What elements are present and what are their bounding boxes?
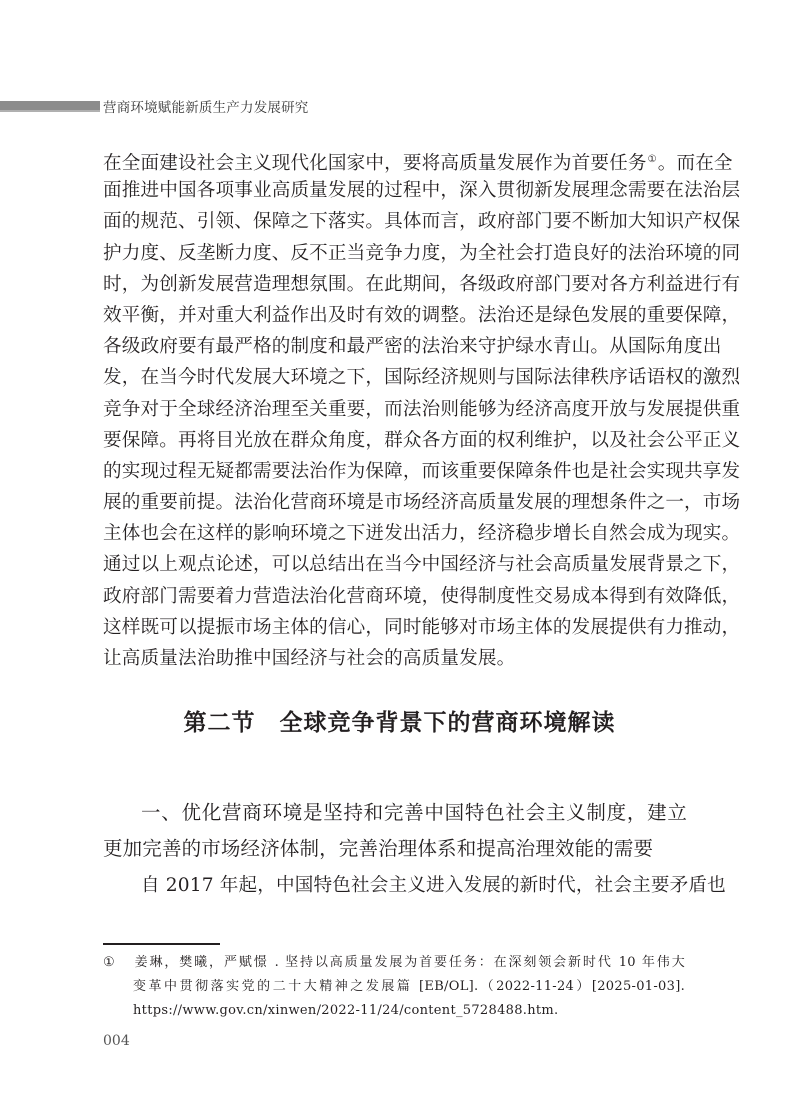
text-line: 面的规范、引领、保障之下落实。具体而言，政府部门要不断加大知识产权保	[103, 206, 687, 237]
text-line: 通过以上观点论述，可以总结出在当今中国经济与社会高质量发展背景之下，	[103, 549, 687, 580]
text-line: 发，在当今时代发展大环境之下，国际经济规则与国际法律秩序话语权的激烈	[103, 362, 687, 393]
heading-line: 更加完善的市场经济体制，完善治理体系和提高治理效能的需要	[103, 831, 687, 867]
book-title: 营商环境赋能新质生产力发展研究	[103, 96, 309, 116]
text-line: 自 2017 年起，中国特色社会主义进入发展的新时代，社会主要矛盾也	[103, 870, 687, 901]
footnote-mark: ①	[103, 951, 133, 975]
subsection-heading: 一、优化营商环境是坚持和完善中国特色社会主义制度，建立 更加完善的市场经济体制，…	[103, 795, 687, 867]
text-line: 要保障。再将目光放在群众角度，群众各方面的权利维护，以及社会公平正义	[103, 425, 687, 456]
footnote-reference[interactable]: ①	[648, 154, 657, 165]
footnote-line: 变革中贯彻落实党的二十大精神之发展篇 [EB/OL].（2022-11-24）[…	[103, 975, 685, 999]
text-line: 效平衡，并对重大利益作出及时有效的调整。法治还是绿色发展的重要保障，	[103, 300, 687, 331]
text-line: 让高质量法治助推中国经济与社会的高质量发展。	[103, 643, 687, 674]
text-line: 主体也会在这样的影响环境之下迸发出活力，经济稳步增长自然会成为现实。	[103, 518, 687, 549]
paragraph-1: 在全面建设社会主义现代化国家中，要将高质量发展作为首要任务①。而在全 面推进中国…	[103, 144, 687, 674]
text-line: 在全面建设社会主义现代化国家中，要将高质量发展作为首要任务①。而在全	[103, 144, 687, 175]
paragraph-2: 自 2017 年起，中国特色社会主义进入发展的新时代，社会主要矛盾也	[103, 870, 687, 901]
running-head: 营商环境赋能新质生产力发展研究	[0, 96, 400, 116]
text-segment: 在全面建设社会主义现代化国家中，要将高质量发展作为首要任务	[103, 153, 647, 174]
header-bar-underline	[0, 110, 100, 112]
section-heading: 第二节 全球竞争背景下的营商环境解读	[0, 704, 799, 737]
text-line: 展的重要前提。法治化营商环境是市场经济高质量发展的理想条件之一，市场	[103, 487, 687, 518]
header-bar-decoration	[0, 101, 100, 110]
text-line: 这样既可以提振市场主体的信心，同时能够对市场主体的发展提供有力推动，	[103, 612, 687, 643]
text-line: 的实现过程无疑都需要法治作为保障，而该重要保障条件也是社会实现共享发	[103, 456, 687, 487]
text-line: 面推进中国各项事业高质量发展的过程中，深入贯彻新发展理念需要在法治层	[103, 175, 687, 206]
text-line: 各级政府要有最严格的制度和最严密的法治来守护绿水青山。从国际角度出	[103, 331, 687, 362]
text-line: 政府部门需要着力营造法治化营商环境，使得制度性交易成本得到有效降低，	[103, 581, 687, 612]
footnote-divider	[103, 943, 220, 945]
page-number: 004	[103, 1033, 130, 1049]
text-line: 时，为创新发展营造理想氛围。在此期间，各级政府部门要对各方利益进行有	[103, 269, 687, 300]
footnote-line: ①姜琳，樊曦，严赋憬 . 坚持以高质量发展为首要任务：在深刻领会新时代 10 年…	[103, 951, 685, 975]
footnote: ①姜琳，樊曦，严赋憬 . 坚持以高质量发展为首要任务：在深刻领会新时代 10 年…	[103, 951, 685, 1023]
footnote-url[interactable]: https://www.gov.cn/xinwen/2022-11/24/con…	[103, 999, 685, 1023]
footnote-text: 姜琳，樊曦，严赋憬 . 坚持以高质量发展为首要任务：在深刻领会新时代 10 年伟…	[133, 955, 685, 970]
text-segment: 。而在全	[658, 153, 733, 174]
heading-line: 一、优化营商环境是坚持和完善中国特色社会主义制度，建立	[103, 795, 687, 831]
text-line: 护力度、反垄断力度、反不正当竞争力度，为全社会打造良好的法治环境的同	[103, 238, 687, 269]
text-line: 竞争对于全球经济治理至关重要，而法治则能够为经济高度开放与发展提供重	[103, 394, 687, 425]
